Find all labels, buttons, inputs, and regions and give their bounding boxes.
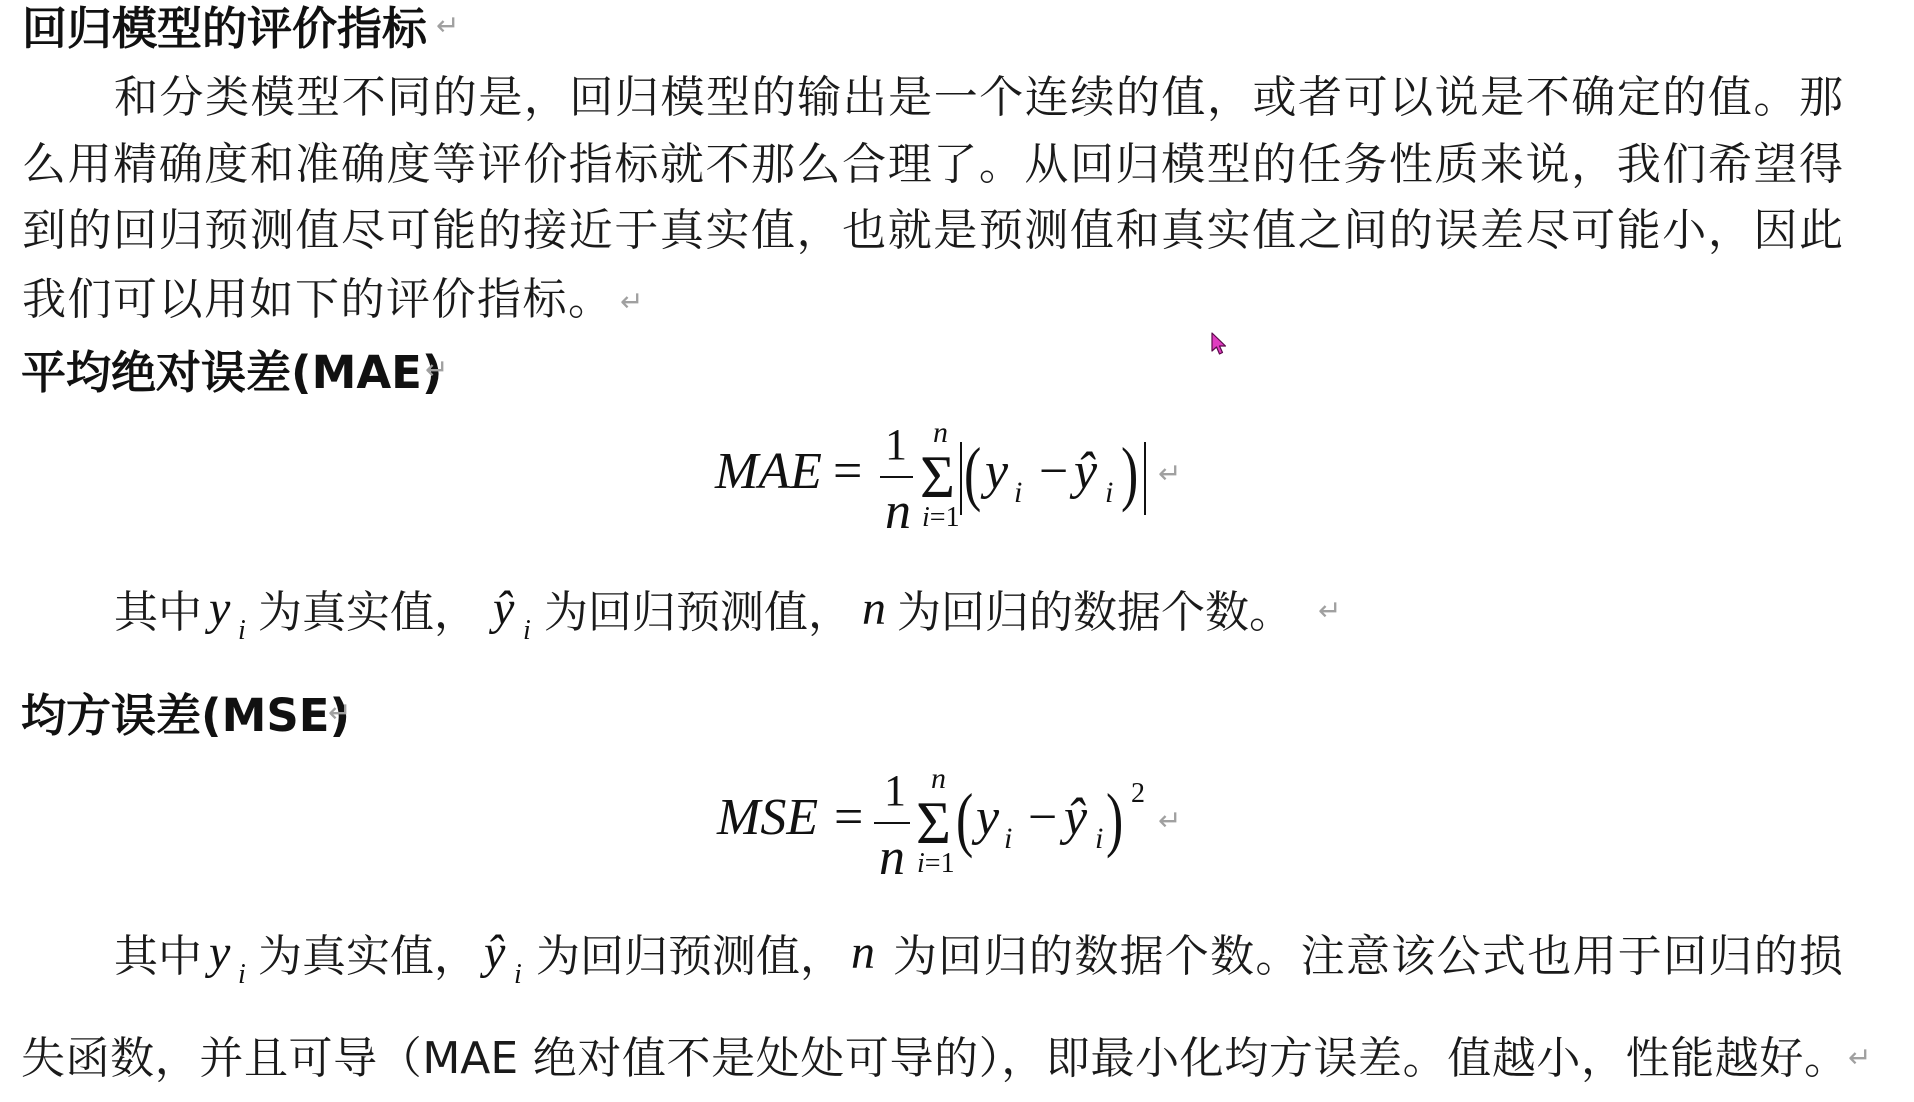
paragraph-mark-icon: ↵ — [1318, 597, 1341, 625]
intro-line: 和分类模型不同的是，回归模型的输出是一个连续的值，或者可以说是不确定的值。那 — [114, 63, 1843, 133]
open-paren: ( — [956, 783, 973, 855]
intro-line: 我们可以用如下的评价指标。 — [22, 265, 612, 335]
explanation-text: 其中 — [114, 922, 202, 992]
section-title: 回归模型的评价指标 — [22, 0, 427, 64]
formula-lhs: MSE — [717, 792, 818, 844]
var-y-subscript: i — [238, 961, 246, 989]
paragraph-mark-icon: ↵ — [328, 699, 351, 727]
fraction-denominator: n — [879, 832, 905, 884]
abs-bar-right — [1144, 442, 1146, 515]
sum-lower-limit: i=1 — [922, 504, 960, 532]
fraction-bar — [880, 476, 913, 478]
explanation-text: 为回归预测值， — [536, 922, 844, 992]
equals-sign: = — [834, 792, 863, 844]
var-y: y — [209, 929, 230, 977]
mse-explanation: 其中 y i 为真实值， ŷ i 为回归预测值， n 为回归的数据个数。注意该公… — [0, 922, 1914, 992]
var-y-subscript: i — [1004, 824, 1012, 854]
fraction-denominator: n — [885, 486, 911, 538]
fraction-bar — [874, 822, 910, 824]
var-y: y — [976, 792, 999, 844]
mse-heading: 均方误差(MSE) — [21, 681, 350, 751]
equals-sign: = — [833, 446, 862, 498]
summation-icon: Σ — [920, 447, 955, 507]
close-paren: ) — [1121, 437, 1138, 509]
var-y: y — [209, 585, 230, 633]
sum-index-start: 1 — [941, 848, 955, 879]
var-y-subscript: i — [1014, 478, 1022, 508]
intro-line: 么用精确度和准确度等评价指标就不那么合理了。从回归模型的任务性质来说，我们希望得 — [22, 130, 1843, 200]
paragraph-mark-icon: ↵ — [436, 12, 459, 40]
mae-heading: 平均绝对误差(MAE) — [21, 338, 442, 408]
sum-index: i — [922, 502, 930, 533]
minus-sign: − — [1039, 446, 1068, 498]
paragraph-mark-icon: ↵ — [425, 356, 448, 384]
sum-index-equals: = — [930, 502, 946, 533]
var-y: y — [985, 446, 1008, 498]
summation-icon: Σ — [916, 793, 951, 853]
paragraph-mark-icon: ↵ — [1158, 807, 1181, 835]
explanation-text: 为回归的数据个数。注意该公式也用于回归的损 — [893, 922, 1843, 992]
formula-lhs: MAE — [715, 446, 822, 498]
explanation-text: 其中 — [114, 578, 202, 648]
exponent: 2 — [1131, 780, 1145, 808]
intro-line: 到的回归预测值尽可能的接近于真实值，也就是预测值和真实值之间的误差尽可能小，因此 — [22, 196, 1843, 266]
sum-lower-limit: i=1 — [917, 850, 955, 878]
mouse-cursor-icon — [1211, 332, 1229, 356]
abs-bar-left — [960, 442, 962, 515]
explanation-text: 为回归的数据个数。 — [897, 578, 1293, 648]
explanation-text: 为回归预测值， — [544, 578, 852, 648]
fraction-numerator: 1 — [885, 423, 907, 467]
open-paren: ( — [964, 437, 981, 509]
sum-index: i — [917, 848, 925, 879]
mse-formula[interactable]: MSE = 1 n Σ n i=1 ( y i − ŷ i ) 2 ↵ — [700, 756, 1200, 896]
fraction-numerator: 1 — [884, 769, 906, 813]
paragraph-mark-icon: ↵ — [1848, 1044, 1871, 1072]
var-y-hat: ŷ — [493, 585, 514, 633]
mae-formula[interactable]: MAE = 1 n Σ n i=1 ( y i − ŷ i ) ↵ — [700, 410, 1200, 550]
var-y-hat: ŷ — [484, 929, 505, 977]
sum-index-start: 1 — [946, 502, 960, 533]
var-y-hat-subscript: i — [1105, 478, 1113, 508]
paragraph-mark-icon: ↵ — [620, 288, 643, 316]
explanation-text: 为真实值， — [258, 578, 478, 648]
var-n: n — [851, 929, 875, 977]
var-y-hat: ŷ — [1074, 446, 1097, 498]
close-paren: ) — [1106, 783, 1123, 855]
sum-upper-limit: n — [931, 764, 946, 794]
mse-explanation-continuation: 失函数，并且可导（MAE 绝对值不是处处可导的），即最小化均方误差。值越小，性能… — [21, 1024, 1848, 1094]
var-y-hat: ŷ — [1064, 792, 1087, 844]
var-n: n — [862, 585, 886, 633]
minus-sign: − — [1028, 792, 1057, 844]
sum-index-equals: = — [925, 848, 941, 879]
var-y-hat-subscript: i — [1095, 824, 1103, 854]
document-page[interactable]: 回归模型的评价指标 ↵ 和分类模型不同的是，回归模型的输出是一个连续的值，或者可… — [0, 0, 1914, 1102]
mae-explanation: 其中 y i 为真实值， ŷ i 为回归预测值， n 为回归的数据个数。 ↵ — [0, 578, 1914, 648]
var-y-subscript: i — [238, 617, 246, 645]
paragraph-mark-icon: ↵ — [1158, 460, 1181, 488]
explanation-text: 为真实值， — [258, 922, 478, 992]
sum-upper-limit: n — [933, 418, 948, 448]
var-y-hat-subscript: i — [523, 617, 531, 645]
var-y-hat-subscript: i — [514, 961, 522, 989]
